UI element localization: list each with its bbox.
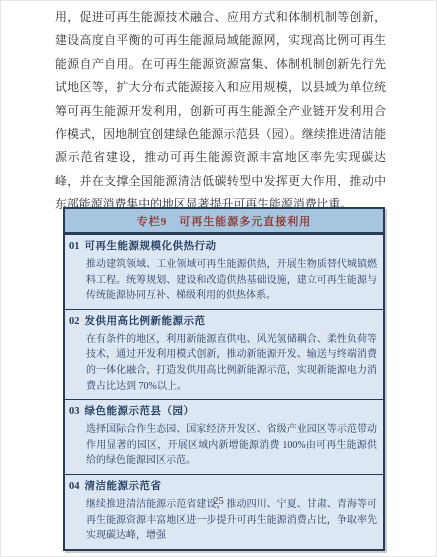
- item-heading: 01 可再生能源规模化供热行动: [69, 239, 377, 255]
- document-page: 用，促进可再生能源技术融合、应用方式和体制机制等创新，建设高度自平衡的可再生能源…: [0, 0, 437, 557]
- item-heading: 04 清洁能源示范省: [69, 479, 377, 495]
- body-paragraph: 用，促进可再生能源技术融合、应用方式和体制机制等创新，建设高度自平衡的可再生能源…: [55, 6, 386, 217]
- item-number: 03: [69, 404, 80, 420]
- item-body: 选择国际合作生态园、国家经济开发区、省级产业园区等示范带动作用显著的园区，开展区…: [86, 422, 377, 469]
- page-number: 25: [0, 496, 437, 507]
- panel-item-02: 02 发供用高比例新能源示范 在有条件的地区，利用新能源直供电、风光氢储耦合、柔…: [65, 309, 383, 399]
- panel-item-03: 03 绿色能源示范县（园） 选择国际合作生态园、国家经济开发区、省级产业园区等示…: [65, 399, 383, 474]
- item-heading: 02 发供用高比例新能源示范: [69, 314, 377, 330]
- item-body: 推动建筑领域、工业领域可再生能源供热，开展生物质替代城镇燃料工程。统筹规划、建设…: [86, 257, 377, 304]
- item-body: 在有条件的地区，利用新能源直供电、风光氢储耦合、柔性负荷等技术，通过开发利用模式…: [86, 332, 377, 394]
- item-number: 04: [69, 479, 80, 495]
- item-title: 可再生能源规模化供热行动: [85, 239, 217, 255]
- panel-item-01: 01 可再生能源规模化供热行动 推动建筑领域、工业领域可再生能源供热，开展生物质…: [65, 234, 383, 309]
- item-heading: 03 绿色能源示范县（园）: [69, 404, 377, 420]
- panel-item-04: 04 清洁能源示范省 继续推进清洁能源示范省建设，推动四川、宁夏、甘肃、青海等可…: [65, 474, 383, 549]
- item-title: 绿色能源示范县（园）: [85, 404, 195, 420]
- panel-title: 专栏9 可再生能源多元直接利用: [65, 209, 383, 234]
- item-number: 01: [69, 239, 80, 255]
- item-title: 发供用高比例新能源示范: [85, 314, 206, 330]
- item-number: 02: [69, 314, 80, 330]
- item-title: 清洁能源示范省: [85, 479, 162, 495]
